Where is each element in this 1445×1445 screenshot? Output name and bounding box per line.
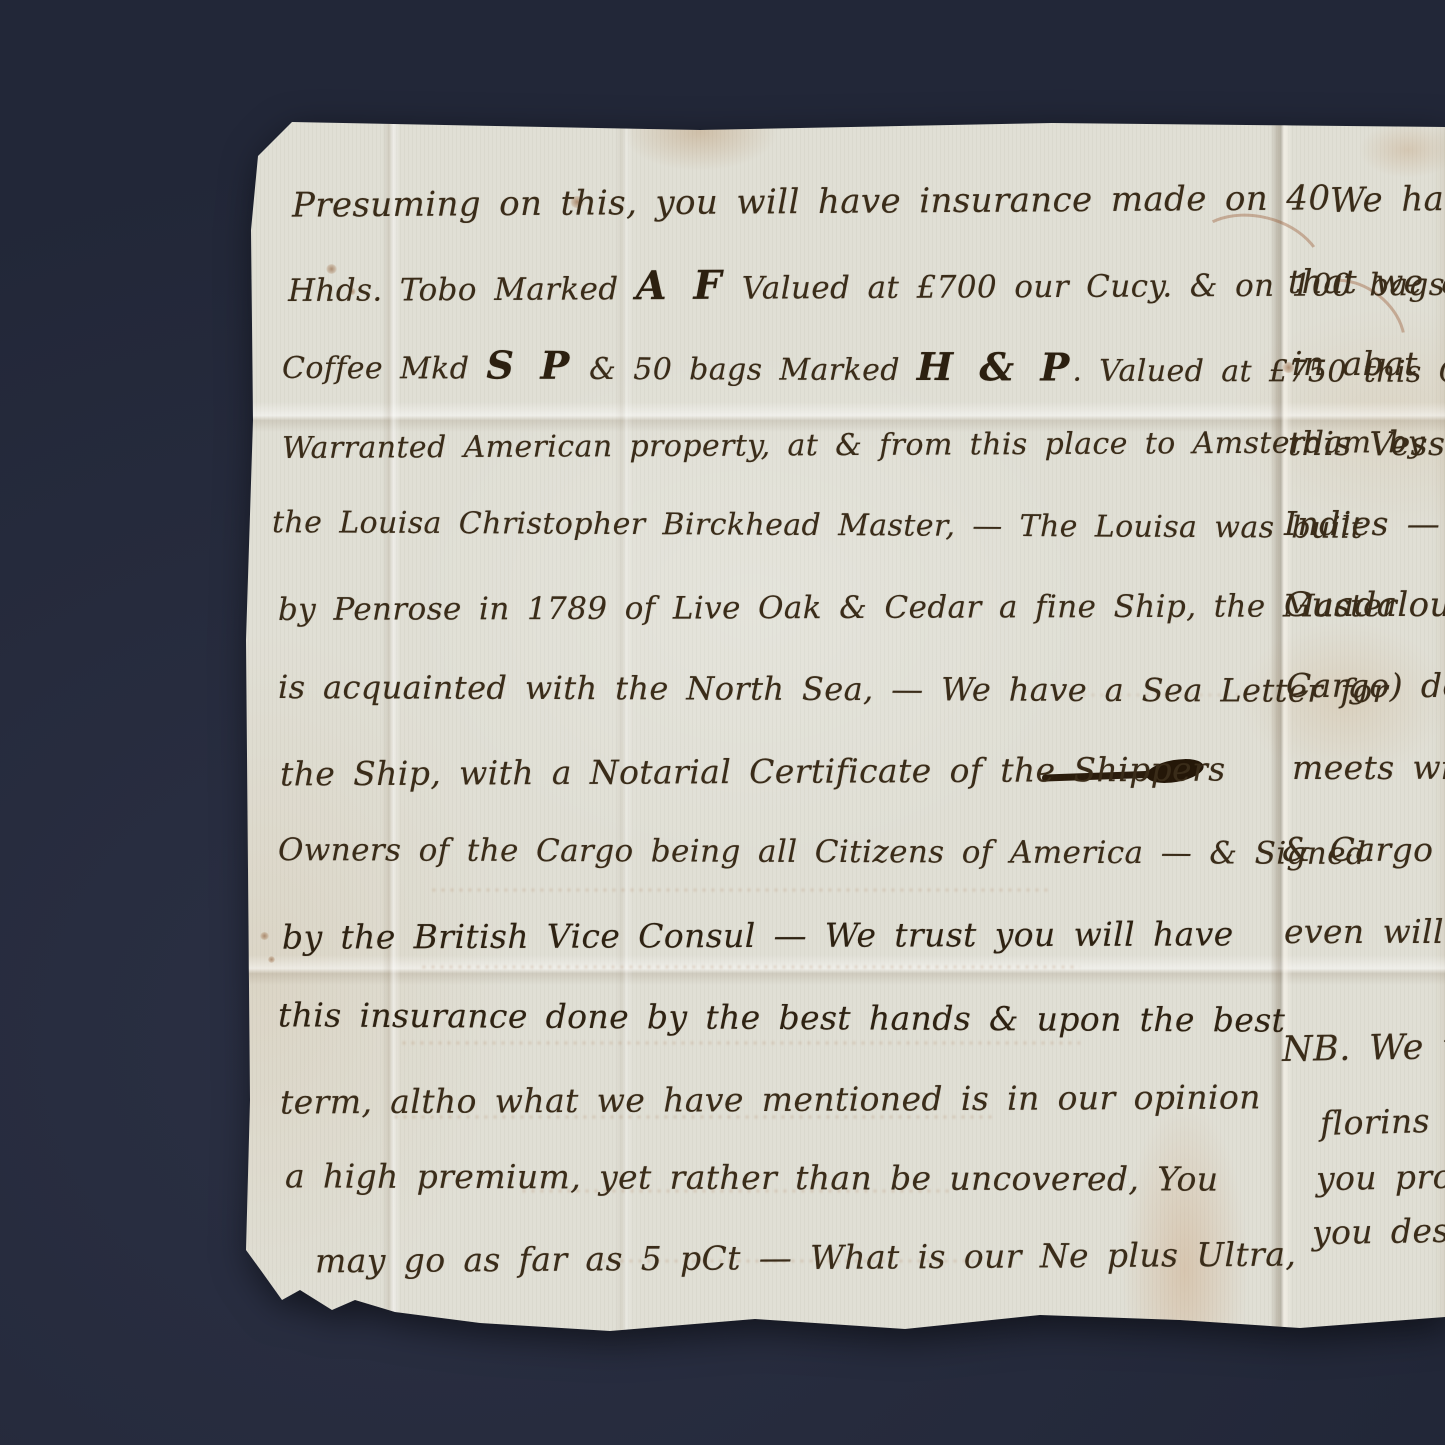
postscript-line-3: you pro [1316, 1157, 1445, 1198]
cargo-mark-hp: H & P [917, 345, 1073, 391]
letter-line-2: Hhds. Tobo Marked A F Valued at £700 our… [288, 259, 1445, 311]
postscript-line-2: florins a [1320, 1100, 1445, 1143]
letter-line-8: the Ship, with a Notarial Certificate of… [280, 750, 1226, 794]
right-fragment-line-1: We ha [1330, 179, 1445, 221]
bleed-through-mark [420, 962, 1080, 973]
photo-of-letter: Presuming on this, you will have insuran… [0, 0, 1445, 1445]
bleed-through-mark [400, 1038, 1080, 1049]
stain-spot-6 [268, 956, 275, 963]
postscript-line-4: you des [1312, 1211, 1445, 1252]
letter-line-14: may go as far as 5 pCt — What is our Ne … [315, 1235, 1296, 1281]
postscript-line-1: NB. We wou [1282, 1026, 1445, 1070]
letter-line-4: Warranted American property, at & from t… [282, 425, 1425, 466]
letter-line-6: by Penrose in 1789 of Live Oak & Cedar a… [278, 588, 1397, 628]
letter-line-10: by the British Vice Consul — We trust yo… [282, 914, 1234, 956]
bleed-through-mark [430, 885, 1050, 896]
right-fragment-line-8: meets with [1292, 748, 1445, 787]
letter-line-1: Presuming on this, you will have insuran… [292, 178, 1331, 225]
right-fragment-line-2: that we a [1288, 262, 1445, 301]
right-fragment-line-9: & Cargo in [1282, 830, 1445, 869]
letter-line-3-text-b: & 50 bags Marked [572, 352, 917, 388]
cargo-mark-sp: S P [486, 344, 572, 389]
letter-line-11: this insurance done by the best hands & … [278, 995, 1285, 1039]
paper-shadow-wrap: Presuming on this, you will have insuran… [0, 0, 1445, 1445]
letter-line-9: Owners of the Cargo being all Citizens o… [278, 832, 1366, 872]
letter-line-12: term, altho what we have mentioned is in… [280, 1077, 1261, 1121]
cargo-mark-af: A F [636, 263, 725, 309]
right-fragment-line-6: Guadalou [1284, 585, 1445, 625]
letter-line-3: Coffee Mkd S P & 50 bags Marked H & P. V… [282, 343, 1445, 392]
right-fragment-line-5: Indies — H [1284, 504, 1445, 543]
letter-line-13: a high premium, yet rather than be uncov… [285, 1156, 1219, 1198]
right-fragment-line-10: even will [1284, 912, 1444, 951]
right-fragment-line-7: Cargo) don [1286, 666, 1445, 705]
right-fragment-line-4: this Vessel [1288, 424, 1445, 463]
letter-line-7: is acquainted with the North Sea, — We h… [278, 668, 1388, 710]
stain-spot-5 [260, 932, 269, 940]
letter-line-5: the Louisa Christopher Birckhead Master,… [272, 505, 1363, 546]
right-fragment-line-3: in abat [1292, 344, 1418, 383]
letter-line-3-text-a: Coffee Mkd [282, 351, 486, 387]
letter-paper: Presuming on this, you will have insuran… [0, 0, 1445, 1445]
letter-line-2-text-a: Hhds. Tobo Marked [288, 271, 636, 309]
